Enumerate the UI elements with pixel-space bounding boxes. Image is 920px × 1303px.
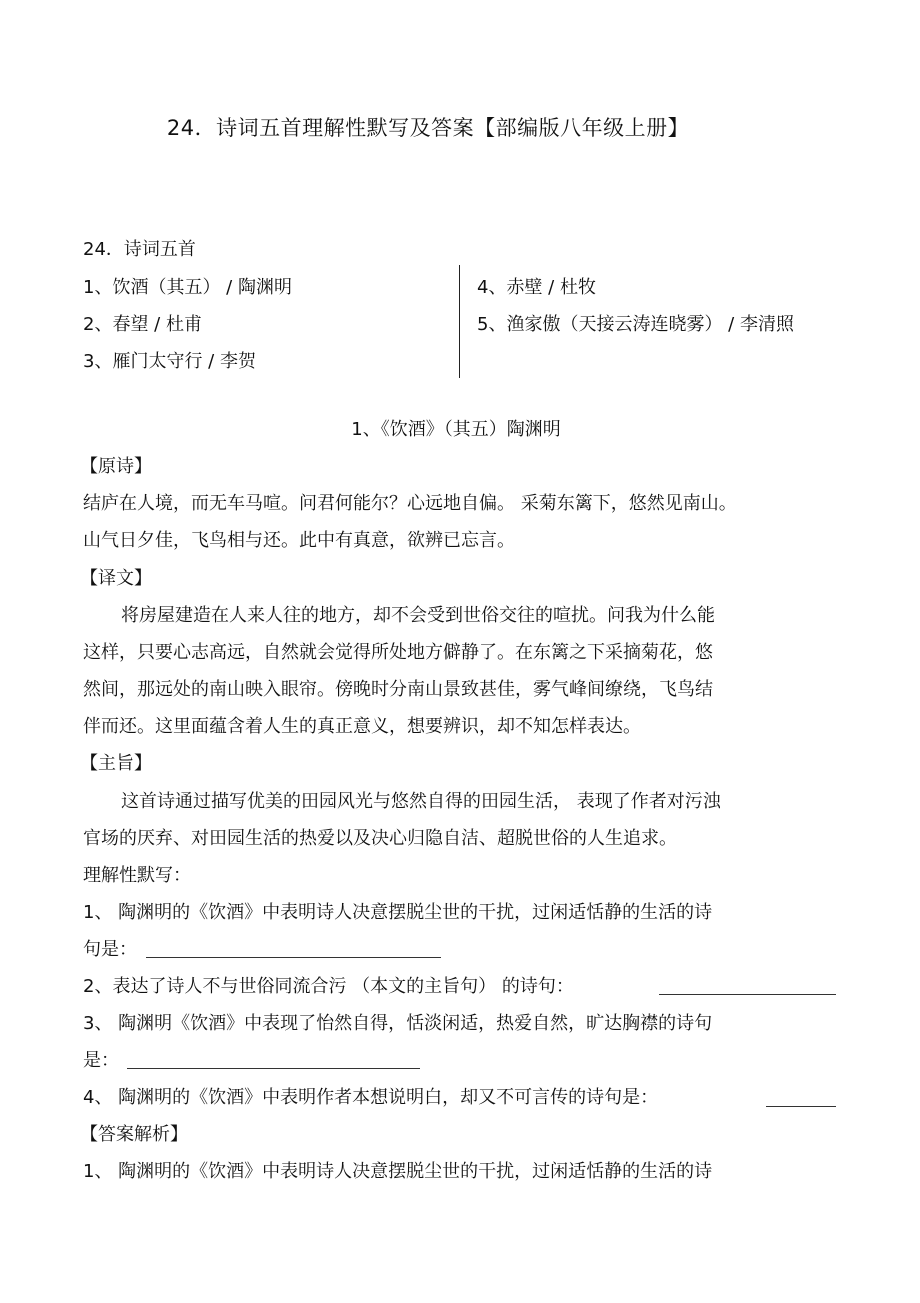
translation-line: 这样，只要心志高远，自然就会觉得所处地方僻静了。在东篱之下采摘菊花，悠 [83, 640, 713, 666]
theme-line: 官场的厌弃、对田园生活的热爱以及决心归隐自洁、超脱世俗的人生追求。 [83, 826, 677, 852]
unit-heading: 24．诗词五首 [83, 237, 196, 263]
dictation-question: 2、表达了诗人不与世俗同流合污 （本文的主旨句） 的诗句： [83, 974, 574, 1000]
answer-blank[interactable] [146, 957, 441, 958]
section-title: 1、《饮酒》（其五）陶渊明 [0, 417, 912, 443]
answer-blank[interactable] [766, 1106, 836, 1107]
dictation-question: 4、 陶渊明的《饮酒》中表明作者本想说明白，却又不可言传的诗句是： [83, 1085, 658, 1111]
original-label: 【原诗】 [80, 454, 152, 480]
answer-blank[interactable] [659, 994, 836, 995]
translation-line: 伴而还。这里面蕴含着人生的真正意义，想要辨识，却不知怎样表达。 [83, 714, 641, 740]
poem-list-item: 3、雁门太守行 / 李贺 [83, 349, 256, 375]
dictation-question-cont: 句是： [83, 937, 137, 963]
theme-label: 【主旨】 [80, 751, 152, 777]
poem-list-item: 4、赤壁 / 杜牧 [477, 275, 596, 301]
dictation-question: 1、 陶渊明的《饮酒》中表明诗人决意摆脱尘世的干扰，过闲适恬静的生活的诗 [83, 900, 712, 926]
document-title: 24．诗词五首理解性默写及答案【部编版八年级上册】 [0, 113, 856, 143]
original-line: 结庐在人境，而无车马喧。问君何能尔？心远地自偏。 采菊东篱下，悠然见南山。 [83, 491, 737, 517]
poem-list-item: 1、饮酒（其五） / 陶渊明 [83, 275, 292, 301]
original-line: 山气日夕佳，飞鸟相与还。此中有真意，欲辨已忘言。 [83, 528, 515, 554]
theme-line: 这首诗通过描写优美的田园风光与悠然自得的田园生活， 表现了作者对污浊 [121, 789, 721, 815]
translation-label: 【译文】 [80, 566, 152, 592]
dictation-question-cont: 是： [83, 1048, 119, 1074]
answers-line: 1、 陶渊明的《饮酒》中表明诗人决意摆脱尘世的干扰，过闲适恬静的生活的诗 [83, 1159, 712, 1185]
answer-blank[interactable] [127, 1068, 420, 1069]
dictation-question: 3、 陶渊明《饮酒》中表现了怡然自得，恬淡闲适，热爱自然，旷达胸襟的诗句 [83, 1011, 712, 1037]
translation-line: 然间，那远处的南山映入眼帘。傍晚时分南山景致甚佳，雾气峰间缭绕，飞鸟结 [83, 677, 713, 703]
poem-list-item: 5、渔家傲（天接云涛连晓雾） / 李清照 [477, 312, 794, 338]
dictation-label: 理解性默写： [83, 863, 191, 889]
translation-line: 将房屋建造在人来人往的地方，却不会受到世俗交往的喧扰。问我为什么能 [121, 603, 715, 629]
poem-list-item: 2、春望 / 杜甫 [83, 312, 202, 338]
answers-label: 【答案解析】 [80, 1122, 188, 1148]
column-divider [459, 265, 460, 378]
